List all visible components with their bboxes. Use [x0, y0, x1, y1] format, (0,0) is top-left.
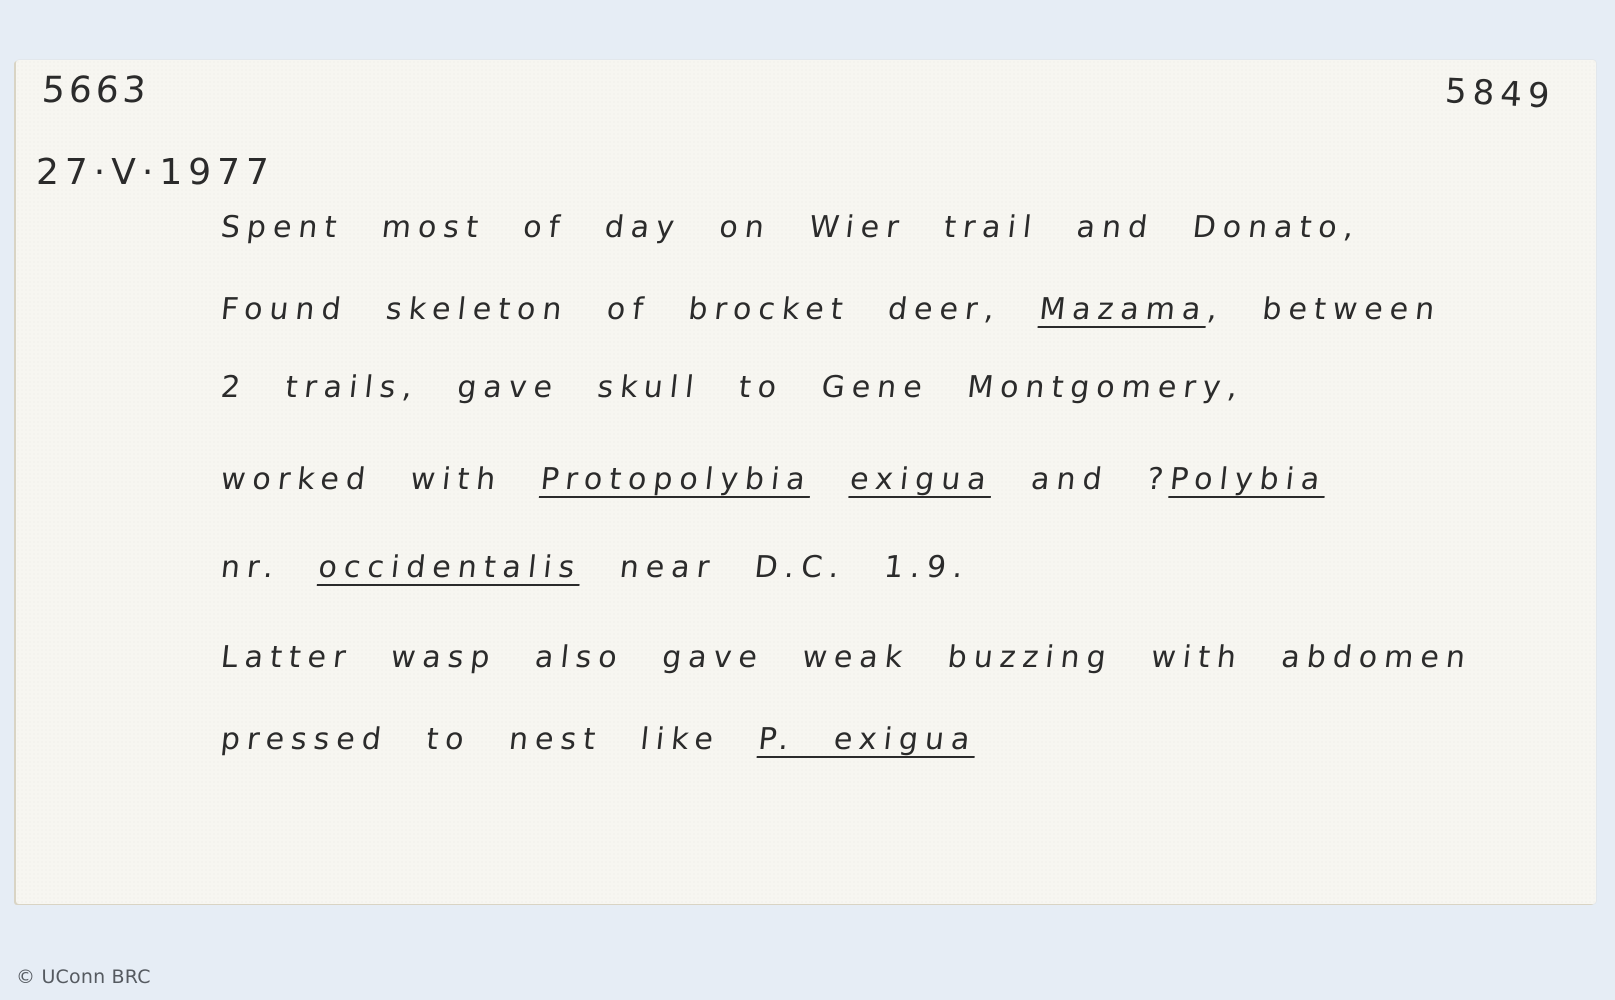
- note-text: worked with: [219, 462, 542, 497]
- note-text: Spent most of day on Wier trail and Dona…: [219, 210, 1362, 245]
- note-text: pressed to nest like: [219, 722, 760, 757]
- taxon-name: Mazama: [1038, 292, 1210, 327]
- taxon-name: P. exigua: [757, 722, 979, 757]
- note-text: Latter wasp also gave weak buzzing with …: [219, 640, 1474, 675]
- note-line-6: Latter wasp also gave weak buzzing with …: [219, 640, 1474, 675]
- note-text: 2 trails, gave skull to Gene Montgomery,: [219, 370, 1246, 405]
- entry-date: 27·V·1977: [36, 152, 275, 193]
- note-line-4: worked with Protopolybia exigua and ?Pol…: [219, 462, 1328, 497]
- note-text: near D.C. 1.9.: [579, 550, 971, 585]
- card-number-left: 5663: [41, 70, 151, 111]
- copyright-notice: © UConn BRC: [16, 966, 151, 988]
- taxon-name: occidentalis: [317, 550, 583, 585]
- note-text: nr.: [219, 550, 320, 585]
- taxon-name: Polybia: [1168, 462, 1328, 497]
- note-line-5: nr. occidentalis near D.C. 1.9.: [219, 550, 971, 585]
- taxon-name: exigua: [848, 462, 994, 497]
- field-notes-card: 5663 5849 27·V·1977 Spent most of day on…: [16, 60, 1596, 904]
- note-line-1: Spent most of day on Wier trail and Dona…: [219, 210, 1362, 245]
- note-line-7: pressed to nest like P. exigua: [219, 722, 978, 757]
- note-line-2: Found skeleton of brocket deer, Mazama, …: [219, 292, 1443, 327]
- note-text: , between: [1206, 292, 1443, 327]
- taxon-name: Protopolybia: [539, 462, 814, 497]
- note-line-3: 2 trails, gave skull to Gene Montgomery,: [219, 370, 1246, 405]
- card-number-right: 5849: [1444, 71, 1556, 117]
- note-text: [810, 462, 852, 497]
- note-text: and ?: [991, 462, 1172, 497]
- note-text: Found skeleton of brocket deer,: [219, 292, 1041, 327]
